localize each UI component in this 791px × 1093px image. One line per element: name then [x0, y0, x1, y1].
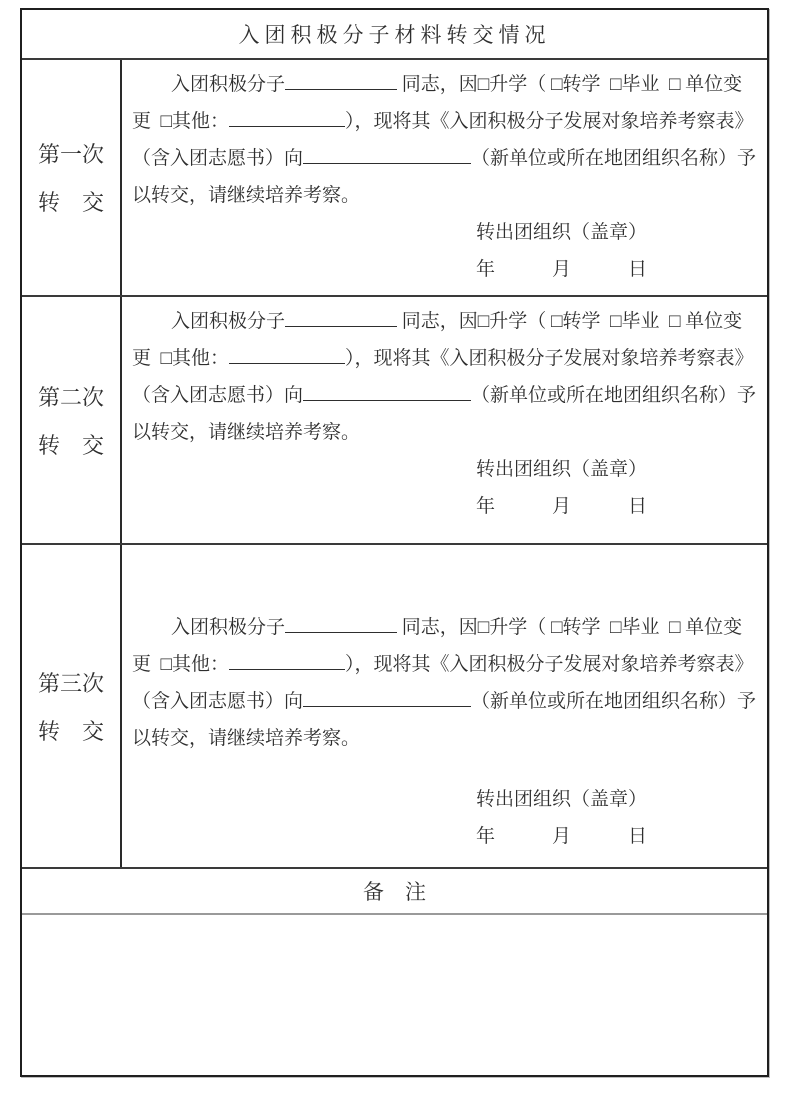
- other-reason-blank: [229, 107, 345, 127]
- statement-line-2: 更 □其他：），现将其《入团积极分子发展对象培养考察表》: [132, 646, 763, 683]
- statement-text: 更 □其他：: [132, 348, 229, 369]
- date-line: 年 月 日: [132, 488, 763, 525]
- remarks-header: 备 注: [22, 869, 767, 915]
- row-label-line-2: 转 交: [38, 186, 104, 217]
- other-reason-blank: [229, 650, 345, 670]
- statement-line-4: 以转交，请继续培养考察。: [132, 720, 763, 757]
- statement-line-1: 入团积极分子 同志，因□升学（ □转学 □毕业 □ 单位变: [132, 66, 763, 103]
- statement-line-4: 以转交，请继续培养考察。: [132, 177, 763, 214]
- statement-text: ），现将其《入团积极分子发展对象培养考察表》: [345, 348, 754, 369]
- statement-line-3: （含入团志愿书）向（新单位或所在地团组织名称）予: [132, 140, 763, 177]
- name-blank: [285, 307, 397, 327]
- other-reason-blank: [229, 344, 345, 364]
- statement-text: 入团积极分子: [171, 617, 285, 638]
- name-blank: [285, 70, 397, 90]
- statement-line-3: （含入团志愿书）向（新单位或所在地团组织名称）予: [132, 683, 763, 720]
- form-table: 入团积极分子材料转交情况 第一次 转 交 入团积极分子 同志，因□升学（ □转学…: [20, 8, 769, 1077]
- signature-line: 转出团组织（盖章）: [132, 451, 763, 488]
- title-row: 入团积极分子材料转交情况: [22, 10, 767, 60]
- page-title: 入团积极分子材料转交情况: [239, 19, 551, 49]
- transfer-row-1: 第一次 转 交 入团积极分子 同志，因□升学（ □转学 □毕业 □ 单位变 更 …: [22, 60, 767, 297]
- transfer-row-2: 第二次 转 交 入团积极分子 同志，因□升学（ □转学 □毕业 □ 单位变 更 …: [22, 297, 767, 545]
- row-label-line-2: 转 交: [38, 429, 104, 460]
- row-label-third-transfer: 第三次 转 交: [22, 545, 122, 867]
- date-line: 年 月 日: [132, 251, 763, 288]
- statement-text: 同志，因□升学（ □转学 □毕业 □ 单位变: [397, 74, 742, 95]
- statement-text: 入团积极分子: [171, 74, 285, 95]
- row-label-line-1: 第二次: [38, 381, 104, 412]
- statement-text: 同志，因□升学（ □转学 □毕业 □ 单位变: [397, 617, 742, 638]
- statement-line-2: 更 □其他：），现将其《入团积极分子发展对象培养考察表》: [132, 103, 763, 140]
- statement-text: （含入团志愿书）向: [132, 691, 303, 712]
- statement-text: （新单位或所在地团组织名称）予: [471, 691, 756, 712]
- statement-text: （含入团志愿书）向: [132, 385, 303, 406]
- transfer-statement: 入团积极分子 同志，因□升学（ □转学 □毕业 □ 单位变 更 □其他：），现将…: [122, 545, 767, 867]
- statement-text: ），现将其《入团积极分子发展对象培养考察表》: [345, 111, 754, 132]
- statement-text: 更 □其他：: [132, 654, 229, 675]
- statement-line-1: 入团积极分子 同志，因□升学（ □转学 □毕业 □ 单位变: [132, 609, 763, 646]
- signature-line: 转出团组织（盖章）: [132, 214, 763, 251]
- row-label-line-1: 第三次: [38, 667, 104, 698]
- date-line: 年 月 日: [132, 818, 763, 855]
- name-blank: [285, 613, 397, 633]
- statement-line-3: （含入团志愿书）向（新单位或所在地团组织名称）予: [132, 377, 763, 414]
- statement-line-1: 入团积极分子 同志，因□升学（ □转学 □毕业 □ 单位变: [132, 303, 763, 340]
- row-label-line-2: 转 交: [38, 715, 104, 746]
- statement-line-4: 以转交，请继续培养考察。: [132, 414, 763, 451]
- statement-text: 同志，因□升学（ □转学 □毕业 □ 单位变: [397, 311, 742, 332]
- statement-text: （新单位或所在地团组织名称）予: [471, 385, 756, 406]
- row-label-first-transfer: 第一次 转 交: [22, 60, 122, 295]
- org-name-blank: [303, 687, 471, 707]
- statement-text: 入团积极分子: [171, 311, 285, 332]
- transfer-statement: 入团积极分子 同志，因□升学（ □转学 □毕业 □ 单位变 更 □其他：），现将…: [122, 60, 767, 295]
- statement-text: 更 □其他：: [132, 111, 229, 132]
- row-label-line-1: 第一次: [38, 138, 104, 169]
- statement-text: （含入团志愿书）向: [132, 148, 303, 169]
- org-name-blank: [303, 381, 471, 401]
- org-name-blank: [303, 144, 471, 164]
- transfer-statement: 入团积极分子 同志，因□升学（ □转学 □毕业 □ 单位变 更 □其他：），现将…: [122, 297, 767, 543]
- statement-line-2: 更 □其他：），现将其《入团积极分子发展对象培养考察表》: [132, 340, 763, 377]
- remarks-body: [22, 915, 767, 1075]
- statement-text: （新单位或所在地团组织名称）予: [471, 148, 756, 169]
- page: 入团积极分子材料转交情况 第一次 转 交 入团积极分子 同志，因□升学（ □转学…: [0, 0, 791, 1093]
- statement-text: ），现将其《入团积极分子发展对象培养考察表》: [345, 654, 754, 675]
- remarks-label: 备 注: [363, 876, 426, 906]
- signature-line: 转出团组织（盖章）: [132, 781, 763, 818]
- row-label-second-transfer: 第二次 转 交: [22, 297, 122, 543]
- transfer-row-3: 第三次 转 交 入团积极分子 同志，因□升学（ □转学 □毕业 □ 单位变 更 …: [22, 545, 767, 869]
